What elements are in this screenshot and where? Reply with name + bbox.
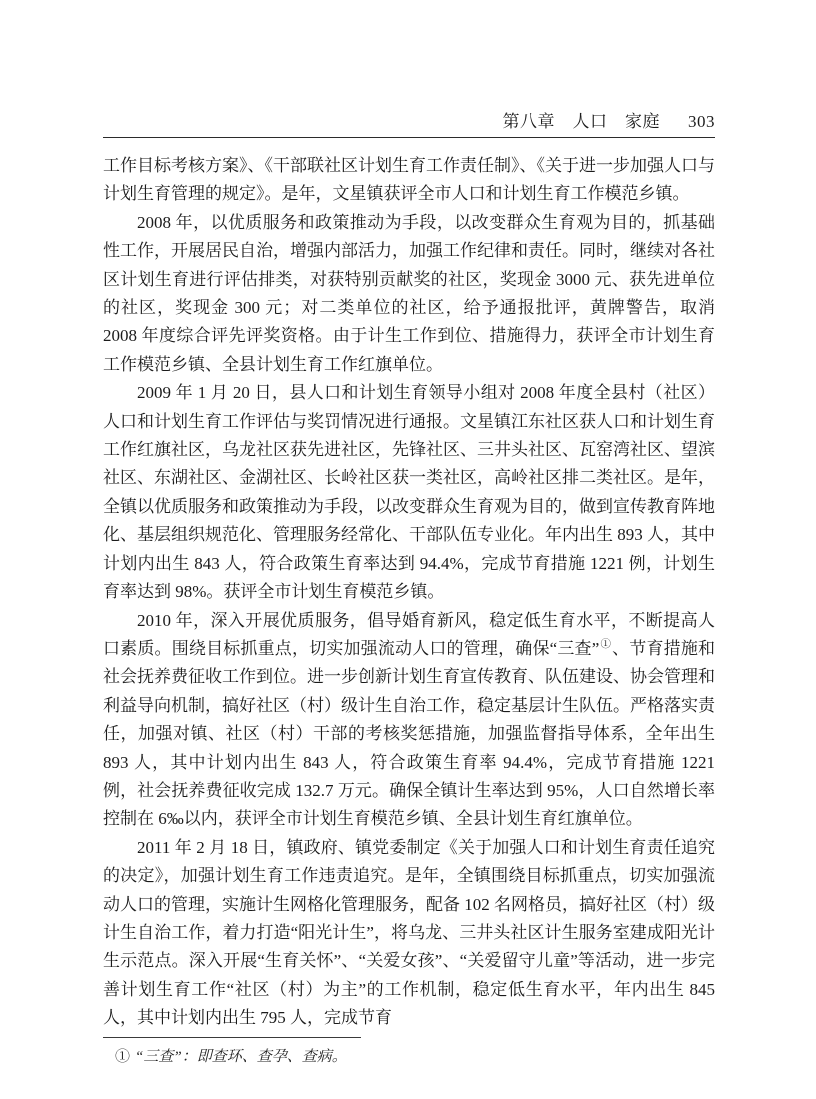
- paragraph-2010: 2010 年，深入开展优质服务，倡导婚育新风，稳定低生育水平，不断提高人口素质。…: [103, 607, 715, 834]
- footnote-text: “三查”：即查环、查孕、查病。: [135, 1049, 347, 1065]
- paragraph-continuation: 工作目标考核方案》、《干部联社区计划生育工作责任制》、《关于进一步加强人口与计划…: [103, 152, 715, 209]
- paragraph-2008: 2008 年，以优质服务和政策推动为手段，以改变群众生育观为目的，抓基础性工作，…: [103, 209, 715, 379]
- page-number: 303: [688, 112, 715, 131]
- running-head: 第八章 人口 家庭303: [103, 107, 715, 138]
- footnote-text-line: ①“三查”：即查环、查孕、查病。: [103, 1045, 715, 1066]
- footnote-reference-mark: ①: [600, 639, 611, 650]
- body-text: 工作目标考核方案》、《干部联社区计划生育工作责任制》、《关于进一步加强人口与计划…: [103, 152, 715, 1033]
- footnote-area: ①“三查”：即查环、查孕、查病。: [103, 1037, 715, 1066]
- chapter-title: 第八章 人口 家庭: [503, 112, 661, 131]
- paragraph-2011: 2011 年 2 月 18 日，镇政府、镇党委制定《关于加强人口和计划生育责任追…: [103, 834, 715, 1033]
- book-page: 第八章 人口 家庭303 工作目标考核方案》、《干部联社区计划生育工作责任制》、…: [0, 0, 816, 1099]
- paragraph-2009: 2009 年 1 月 20 日，县人口和计划生育领导小组对 2008 年度全县村…: [103, 379, 715, 606]
- footnote-divider: [103, 1037, 361, 1038]
- paragraph-2010-after-ref: 、节育措施和社会抚养费征收工作到位。进一步创新计划生育宣传教育、队伍建设、协会管…: [103, 639, 715, 828]
- footnote-marker: ①: [115, 1049, 130, 1065]
